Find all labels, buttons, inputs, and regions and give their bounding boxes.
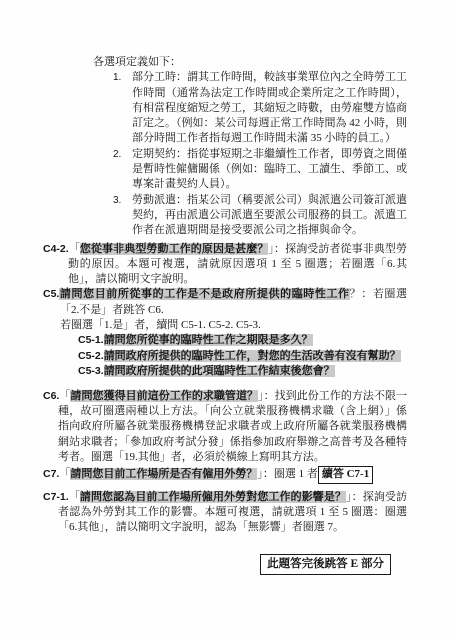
definition-text: 定期契約：指從事短期之非繼續性工作者，即勞資之間僅是暫時性僱傭關係（例如：臨時工… xyxy=(132,147,407,193)
open-quote: 「 xyxy=(59,390,70,402)
question-label: C5-2. xyxy=(78,350,104,362)
question-c5-1: C5-1.請問您所從事的臨時性工作之期限是多久？ xyxy=(78,333,407,349)
open-quote: 「 xyxy=(59,468,70,480)
question-label: C5-3. xyxy=(78,365,104,377)
question-highlight: 您從事非典型勞動工作的原因是甚麼？ xyxy=(80,243,269,255)
question-c5-3: C5-3.請問政府所提供的此項臨時性工作結束後您會？ xyxy=(78,364,407,380)
question-highlight: 請問您所從事的臨時性工作之期限是多久？ xyxy=(104,334,313,346)
question-label: C4-2. xyxy=(43,243,69,255)
open-quote: 「 xyxy=(69,243,80,255)
definition-item: 3. 勞動派遣：指某公司（稱要派公司）與派遣公司簽訂派遣契約，再由派遣公司派遣至… xyxy=(113,193,407,239)
question-c7: C7.「請問您目前工作場所是否有僱用外勞？」：圈選 1 者續答 C7-1 xyxy=(43,466,407,483)
question-instruction: ：圈選 1 者 xyxy=(263,468,318,480)
definition-item: 1. 部分工時：謂其工作時間，較該事業單位內之全時勞工工作時間（通常為法定工作時… xyxy=(113,70,407,146)
definition-text: 勞動派遣：指某公司（稱要派公司）與派遣公司簽訂派遣契約，再由派遣公司派遣至要派公… xyxy=(132,193,407,239)
question-highlight: 請問您認為目前工作場所僱用外勞對您工作的影響是？ xyxy=(80,491,346,503)
question-c6: C6.「請問您獲得目前這份工作的求職管道？」：找到此份工作的方法不限一種，故可圈… xyxy=(43,389,407,465)
document-page: 各選項定義如下： 1. 部分工時：謂其工作時間，較該事業單位內之全時勞工工作時間… xyxy=(0,0,452,640)
definition-number: 1. xyxy=(113,70,132,146)
definition-number: 3. xyxy=(113,193,132,239)
skip-box-c7-1: 續答 C7-1 xyxy=(318,466,373,483)
open-quote: 「 xyxy=(69,491,80,503)
skip-instruction: 若圈選「1.是」者，續問 C5-1. C5-2. C5-3. xyxy=(60,319,261,331)
question-c5: C5.請問您目前所從事的工作是不是政府所提供的臨時性工作？：若圈選「2.不是」者… xyxy=(43,287,407,333)
footer-skip-area: 此題答完後跳答 E 部分 xyxy=(43,554,391,575)
definition-number: 2. xyxy=(113,147,132,193)
question-highlight: 請問您目前所從事的工作是不是政府所提供的臨時性工作 xyxy=(59,288,349,300)
question-c5-2: C5-2.請問政府所提供的臨時性工作，對您的生活改善有沒有幫助？ xyxy=(78,349,407,365)
question-c7-1: C7-1.「請問您認為目前工作場所僱用外勞對您工作的影響是？」：探詢受訪者認為外… xyxy=(43,490,407,536)
question-label: C7-1. xyxy=(43,491,69,503)
question-highlight: 請問您目前工作場所是否有僱用外勞？ xyxy=(70,468,257,480)
question-label: C6. xyxy=(43,390,59,402)
definitions-intro: 各選項定義如下： xyxy=(93,55,407,70)
question-label: C5. xyxy=(43,288,59,300)
question-label: C7. xyxy=(43,468,59,480)
question-label: C5-1. xyxy=(78,334,104,346)
question-highlight: 請問政府所提供的臨時性工作，對您的生活改善有沒有幫助？ xyxy=(104,350,401,362)
definition-item: 2. 定期契約：指從事短期之非繼續性工作者，即勞資之間僅是暫時性僱傭關係（例如：… xyxy=(113,147,407,193)
question-highlight: 請問您獲得目前這份工作的求職管道？ xyxy=(70,390,258,402)
footer-skip-box: 此題答完後跳答 E 部分 xyxy=(260,554,391,575)
question-highlight: 請問政府所提供的此項臨時性工作結束後您會？ xyxy=(104,365,335,377)
definition-text: 部分工時：謂其工作時間，較該事業單位內之全時勞工工作時間（通常為法定工作時間或企… xyxy=(132,70,407,146)
question-c4-2: C4-2.「您從事非典型勞動工作的原因是甚麼？」：探詢受訪者從事非典型勞動的原因… xyxy=(43,242,407,288)
